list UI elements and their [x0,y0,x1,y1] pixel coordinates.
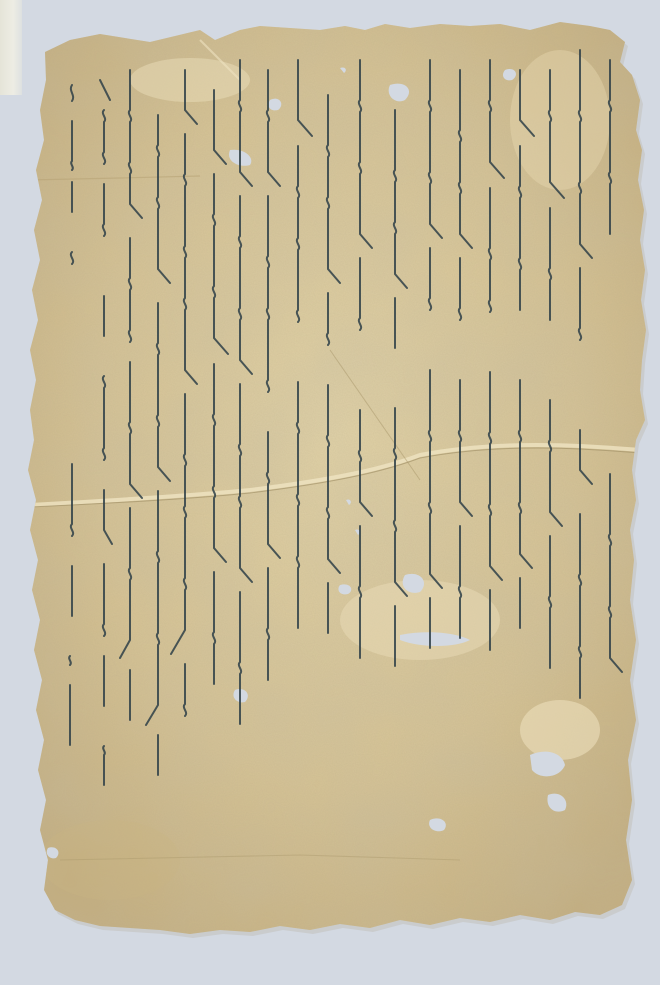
manuscript-leaf [0,0,660,985]
manuscript-photo [0,0,660,985]
